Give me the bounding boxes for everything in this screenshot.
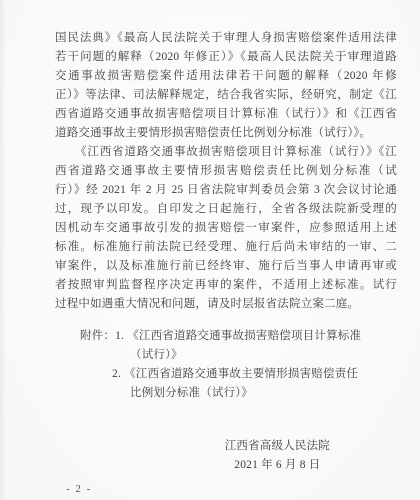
body-line: 国民法典》《最高人民法院关于审理人身损害赔偿案件适用法律 bbox=[55, 29, 397, 48]
body-line-paragraph-start: 《江西省道路交通事故损害赔偿项目计算标准（试行）》《江 bbox=[55, 143, 397, 162]
attachment-list-item-1: 附件：1. 《江西省道路交通事故损害赔偿项目计算标准 bbox=[80, 327, 397, 346]
body-line: 若干问题的解释（2020 年修正）》《最高人民法院关于审理道路 bbox=[55, 48, 397, 67]
attachment-list-item-2-continuation: 比例划分标准（试行）》 bbox=[130, 384, 397, 403]
issuing-authority: 江西省高级人民法院 bbox=[225, 437, 330, 456]
attachment-list-item-1-continuation: （试行）》 bbox=[130, 346, 397, 365]
body-line: 标准。标准施行前法院已经受理、施行后尚未审结的一审、二 bbox=[55, 238, 397, 257]
attachment-list-item-2: 2. 《江西省道路交通事故主要情形损害赔偿责任 bbox=[112, 365, 397, 384]
body-line: 交通事故损害赔偿案件适用法律若干问题的解释（2020 年修 bbox=[55, 67, 397, 86]
document-body: 国民法典》《最高人民法院关于审理人身损害赔偿案件适用法律 若干问题的解释（202… bbox=[0, 0, 420, 475]
body-line: 行）》经 2021 年 2 月 25 日省法院审判委员会第 3 次会议讨论通 bbox=[55, 181, 397, 200]
body-line: 西省道路交通事故主要情形损害赔偿责任比例划分标准（试 bbox=[55, 162, 397, 181]
body-line: 审案件，以及标准施行前已经终审、施行后当事人申请再审或 bbox=[55, 257, 397, 276]
body-line: 者按照审判监督程序决定再审的案件，不适用上述标准。试行 bbox=[55, 276, 397, 295]
body-line: 过程中如遇重大情况和问题，请及时层报省法院立案二庭。 bbox=[55, 295, 397, 314]
body-line: 道路交通事故主要情形损害赔偿责任比例划分标准（试行）》。 bbox=[55, 124, 397, 143]
signature-block: 江西省高级人民法院 2021 年 6 月 8 日 bbox=[225, 437, 330, 475]
scanned-document-page: 国民法典》《最高人民法院关于审理人身损害赔偿案件适用法律 若干问题的解释（202… bbox=[0, 0, 420, 500]
body-line: 过，现予以印发。自印发之日起施行，全省各级法院新受理的 bbox=[55, 200, 397, 219]
body-line: 因机动车交通事故引发的损害赔偿一审案件，应参照适用上述 bbox=[55, 219, 397, 238]
body-line: 正）》等法律、司法解释规定，结合我省实际，经研究，制定《江 bbox=[55, 86, 397, 105]
issue-date: 2021 年 6 月 8 日 bbox=[225, 456, 330, 475]
body-line: 西省道路交通事故损害赔偿项目计算标准（试行）》和《江西省 bbox=[55, 105, 397, 124]
page-number: - 2 - bbox=[66, 481, 92, 497]
